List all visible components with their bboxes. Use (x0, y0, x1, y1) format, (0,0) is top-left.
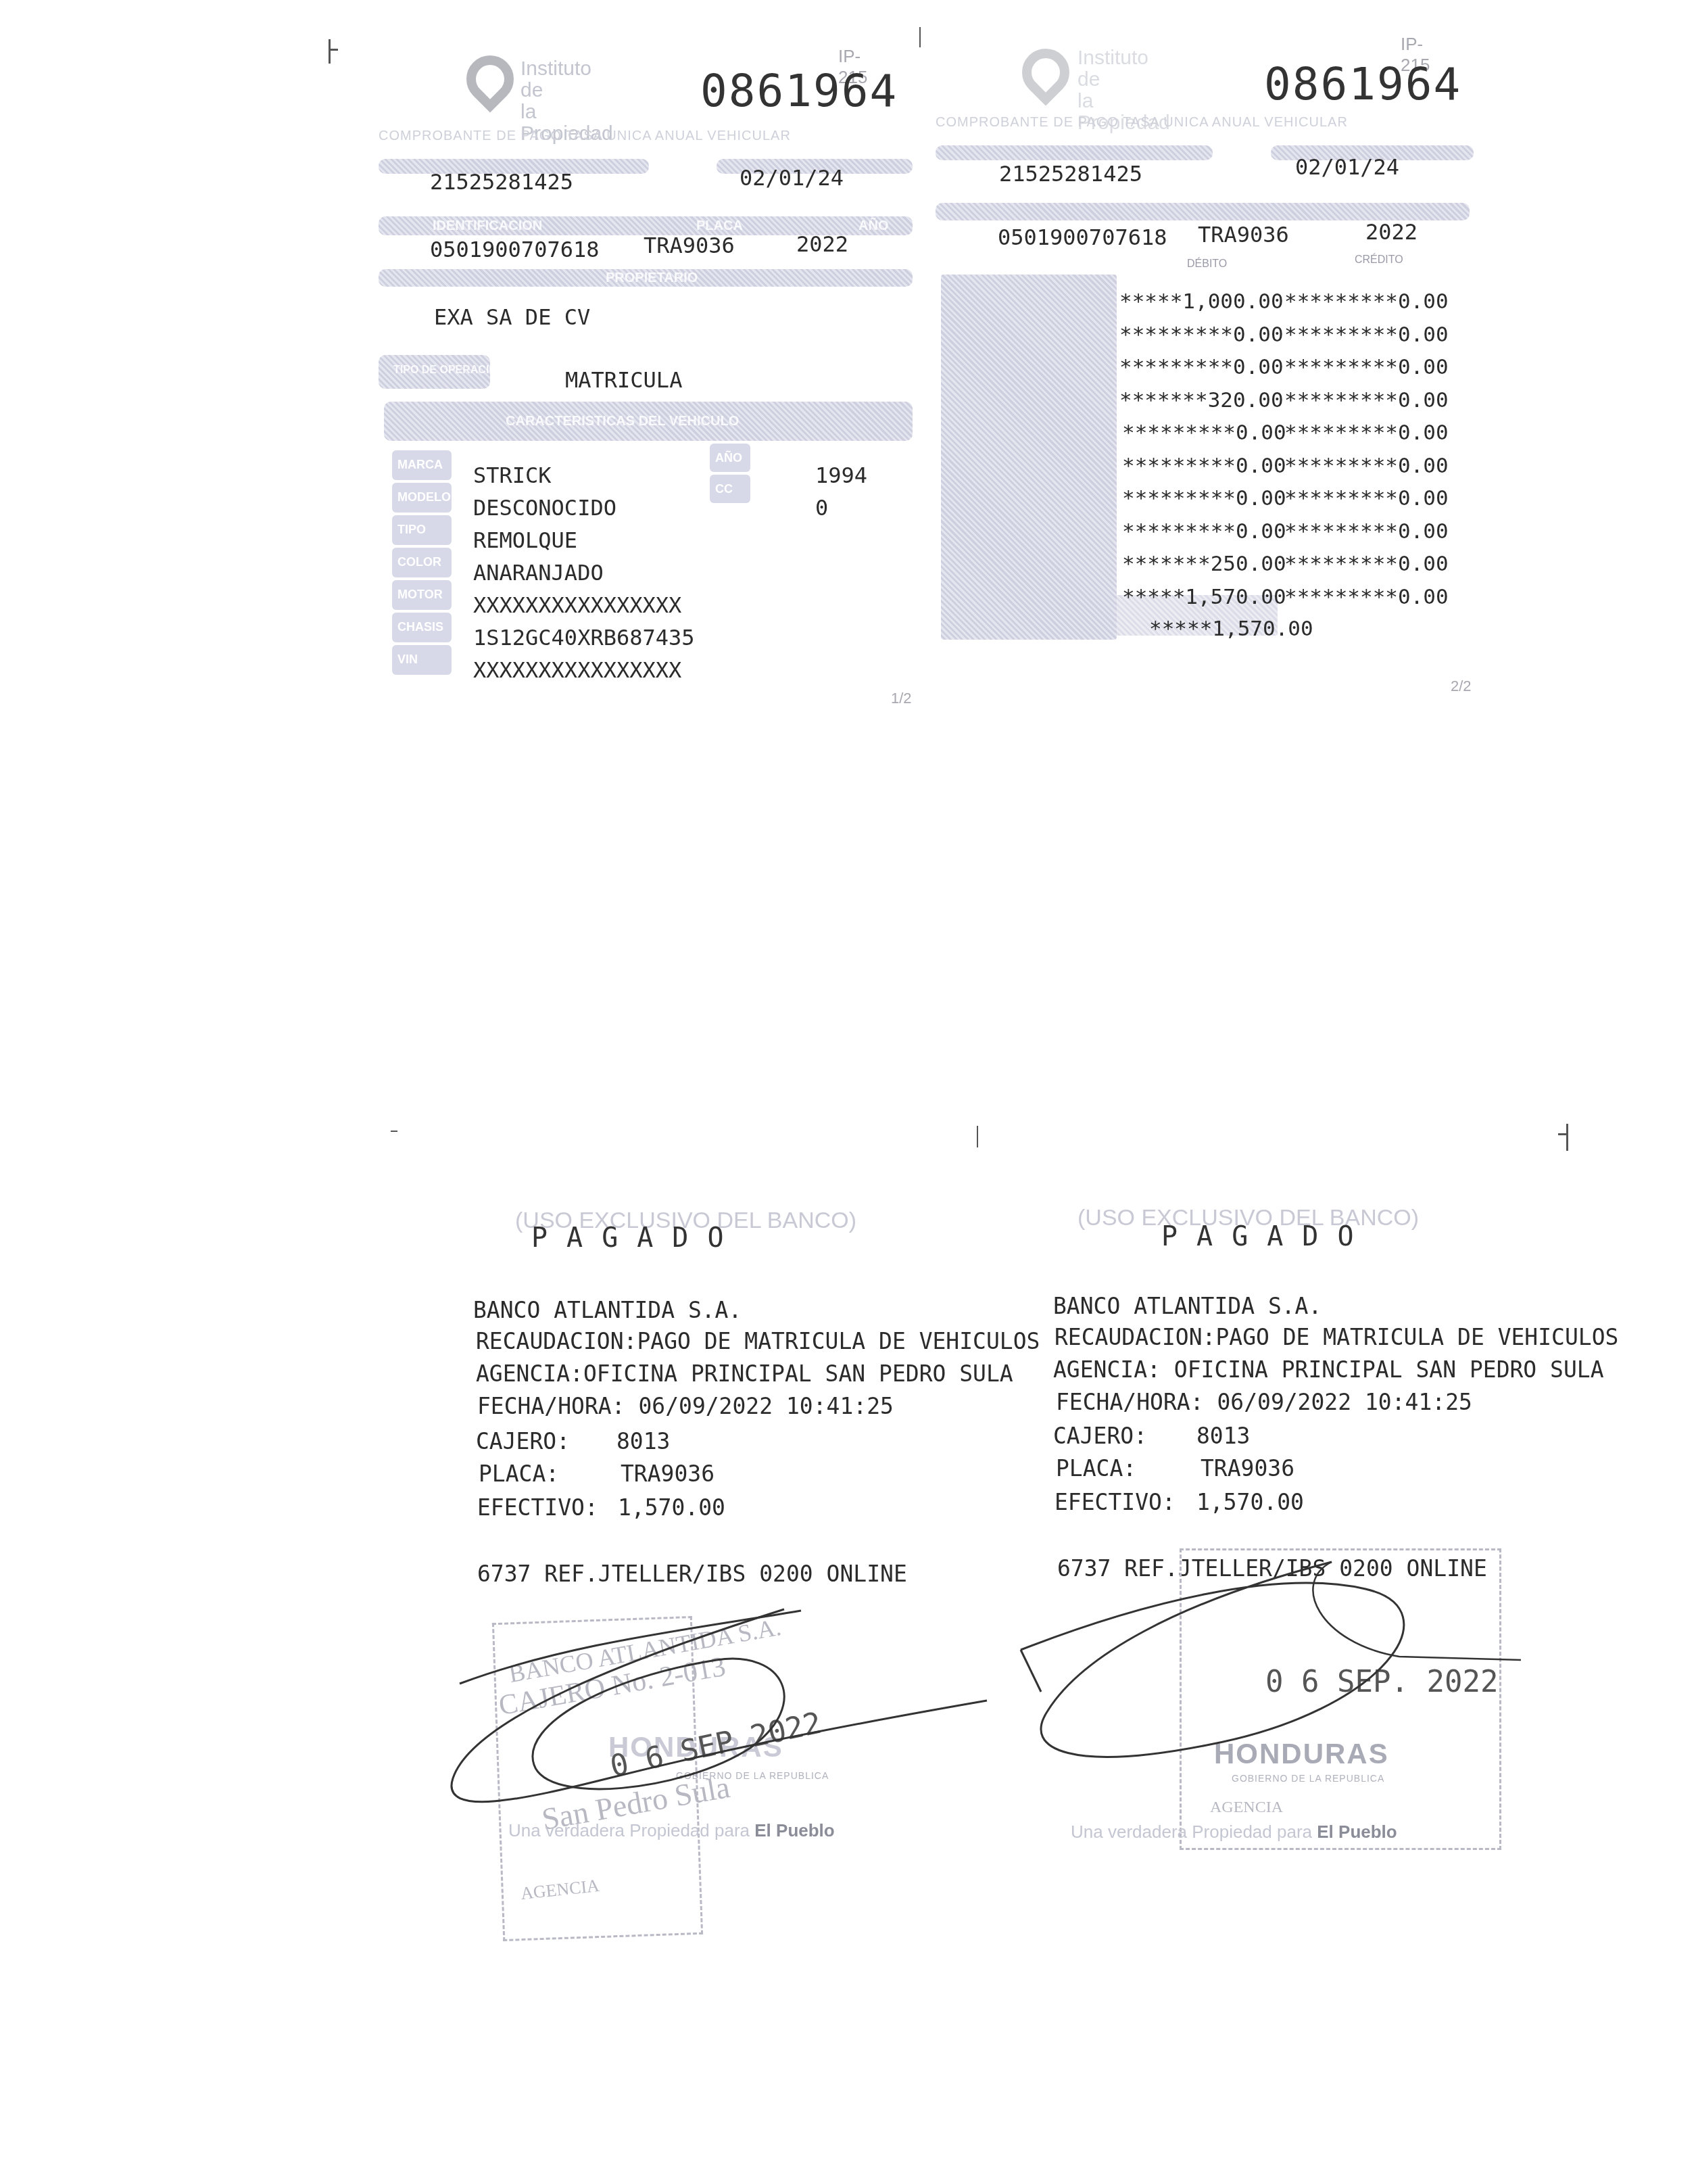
credit-amount: *********0.00 (1284, 323, 1449, 347)
efectivo-value: 1,570.00 (1196, 1489, 1304, 1515)
folio-number: 0861964 (700, 65, 898, 117)
paid-status: PAGADO (531, 1222, 743, 1254)
reference-number: 21525281425 (430, 169, 573, 195)
vehicle-field-value: XXXXXXXXXXXXXXXX (473, 657, 681, 683)
identificacion-value: 0501900707618 (430, 237, 599, 262)
ano-value: 2022 (1365, 219, 1418, 245)
agencia-line: AGENCIA: OFICINA PRINCIPAL SAN PEDRO SUL… (1053, 1356, 1604, 1383)
signature-icon (433, 1582, 1041, 1886)
vehicle-field-label: TIPO (392, 515, 452, 545)
placa-value: TRA9036 (621, 1461, 714, 1487)
debit-amount: *****1,000.00 (1119, 289, 1284, 314)
debit-amount: *******250.00 (1122, 552, 1286, 576)
placa-value: TRA9036 (1201, 1455, 1294, 1481)
vehicle-field-value: ANARANJADO (473, 560, 604, 586)
agencia-line: AGENCIA:OFICINA PRINCIPAL SAN PEDRO SULA (476, 1360, 1013, 1387)
vehicle-field-label: MODELO (392, 483, 452, 513)
ano-value: 2022 (796, 231, 848, 257)
bank-name: BANCO ATLANTIDA S.A. (1053, 1293, 1322, 1319)
vehicle-field-value: DESCONOCIDO (473, 495, 616, 521)
bank-name: BANCO ATLANTIDA S.A. (473, 1297, 742, 1323)
vehicle-field-value: XXXXXXXXXXXXXXXX (473, 592, 681, 618)
credit-amount: *********0.00 (1284, 519, 1449, 544)
vehicle-field-value: 1S12GC40XRB687435 (473, 625, 695, 650)
credit-amount: *********0.00 (1284, 454, 1449, 478)
credit-amount: *********0.00 (1284, 585, 1449, 609)
tipo-operacion-value: MATRICULA (565, 367, 682, 393)
reference-bar (936, 145, 1213, 160)
efectivo-label: EFECTIVO: (477, 1494, 598, 1521)
efectivo-value: 1,570.00 (618, 1494, 725, 1521)
vehicle-cc: 0 (815, 495, 828, 521)
vehicle-field-value: STRICK (473, 462, 552, 488)
page-number-2: 2/2 (1451, 678, 1472, 695)
cajero-label: CAJERO: (1053, 1423, 1147, 1449)
receipt-subtitle: COMPROBANTE DE PAGO TASA UNICA ANUAL VEH… (379, 128, 791, 144)
propietario-label: PROPIETARIO (606, 270, 698, 286)
crop-mark (919, 27, 921, 47)
cajero-value: 8013 (616, 1428, 670, 1454)
crop-mark (329, 39, 331, 64)
recaudacion-line: RECAUDACION:PAGO DE MATRICULA DE VEHICUL… (1055, 1324, 1618, 1350)
signature-icon (1007, 1542, 1548, 1812)
debit-amount: *********0.00 (1122, 421, 1286, 445)
total-amount: *****1,570.00 (1149, 617, 1313, 641)
placa-label: PLACA: (1056, 1455, 1136, 1481)
paid-status: PAGADO (1161, 1221, 1373, 1252)
debit-amount: *********0.00 (1122, 486, 1286, 511)
vehicle-field-label: COLOR (392, 548, 452, 577)
credit-amount: *********0.00 (1284, 421, 1449, 445)
placa-value: TRA9036 (644, 233, 735, 258)
receipt-date: 02/01/24 (1295, 154, 1399, 180)
crop-mark (329, 49, 338, 51)
vehicle-field-label: MOTOR (392, 580, 452, 610)
crop-mark (977, 1126, 978, 1147)
debit-header: DÉBITO (1187, 258, 1227, 270)
vehicle-year: 1994 (815, 462, 867, 488)
vehicle-field-value: REMOLQUE (473, 527, 577, 553)
debit-amount: *********0.00 (1122, 519, 1286, 544)
fecha-hora-line: FECHA/HORA: 06/09/2022 10:41:25 (477, 1393, 894, 1419)
debit-amount: *****1,570.00 (1122, 585, 1286, 609)
propietario-value: EXA SA DE CV (434, 304, 590, 330)
credit-header: CRÉDITO (1355, 254, 1403, 266)
cc-label-box: CC (710, 475, 750, 503)
debit-amount: *********0.00 (1119, 323, 1284, 347)
identificacion-label: IDENTIFICACION (433, 218, 542, 234)
debit-amount: *********0.00 (1122, 454, 1286, 478)
id-header-bar (936, 203, 1470, 220)
recaudacion-line: RECAUDACION:PAGO DE MATRICULA DE VEHICUL… (476, 1328, 1040, 1354)
year-label-box: AÑO (710, 444, 750, 472)
placa-label: PLACA (696, 218, 743, 234)
crop-mark (1566, 1124, 1568, 1151)
efectivo-label: EFECTIVO: (1055, 1489, 1176, 1515)
credit-amount: *********0.00 (1284, 289, 1449, 314)
credit-amount: *********0.00 (1284, 355, 1449, 379)
receipt-subtitle: COMPROBANTE DE PAGO TASA UNICA ANUAL VEH… (936, 115, 1348, 130)
institute-logo-icon (457, 46, 524, 113)
institute-slogan: Una verdadera Propiedad para El Pueblo (1071, 1822, 1397, 1843)
crop-mark (391, 1131, 397, 1132)
cajero-value: 8013 (1196, 1423, 1250, 1449)
debit-amount: *******320.00 (1119, 388, 1284, 412)
fecha-hora-line: FECHA/HORA: 06/09/2022 10:41:25 (1056, 1389, 1472, 1415)
caracteristicas-label: CARACTERISTICAS DEL VEHICULO (506, 414, 739, 429)
institute-logo-icon (1013, 39, 1080, 106)
vehicle-field-label: MARCA (392, 450, 452, 480)
credit-amount: *********0.00 (1284, 552, 1449, 576)
crop-mark (1558, 1133, 1568, 1135)
propietario-bar: PROPIETARIO (379, 269, 913, 287)
debit-amount: *********0.00 (1119, 355, 1284, 379)
credit-amount: *********0.00 (1284, 388, 1449, 412)
placa-value: TRA9036 (1198, 222, 1289, 247)
vehicle-field-label: CHASIS (392, 613, 452, 642)
vehicle-field-label: VIN (392, 645, 452, 675)
placa-label: PLACA: (479, 1461, 559, 1487)
credit-amount: *********0.00 (1284, 486, 1449, 511)
tipo-operacion-bar: TIPO DE OPERACION (379, 355, 490, 389)
caracteristicas-bar: CARACTERISTICAS DEL VEHICULO (384, 402, 913, 441)
page-number-1: 1/2 (891, 690, 912, 707)
folio-number: 0861964 (1264, 58, 1461, 110)
reference-number: 21525281425 (999, 161, 1142, 187)
identificacion-value: 0501900707618 (998, 224, 1167, 250)
receipt-date: 02/01/24 (740, 165, 844, 191)
cajero-label: CAJERO: (476, 1428, 570, 1454)
concepts-panel (941, 275, 1117, 640)
tipo-operacion-label: TIPO DE OPERACION (393, 364, 505, 377)
ano-label: AÑO (858, 218, 888, 234)
